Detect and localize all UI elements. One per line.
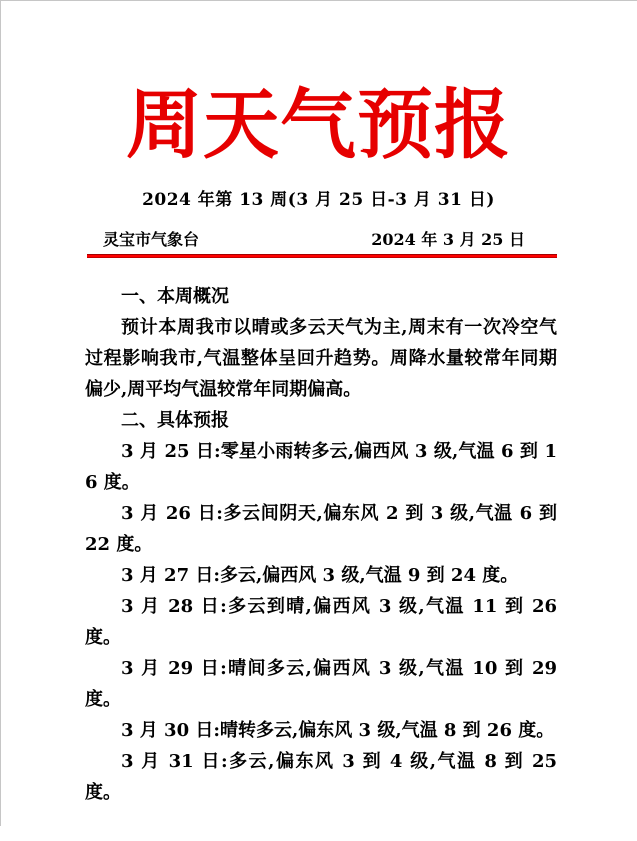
- issue-date: 2024 年 3 月 25 日: [371, 227, 525, 250]
- forecast-line-mar29: 3 月 29 日:晴间多云,偏西风 3 级,气温 10 到 29 度。: [85, 653, 557, 715]
- forecast-line-mar31: 3 月 31 日:多云,偏东风 3 到 4 级,气温 8 到 25 度。: [85, 746, 557, 808]
- forecast-line-mar27: 3 月 27 日:多云,偏西风 3 级,气温 9 到 24 度。: [85, 560, 557, 591]
- issuer-name: 灵宝市气象台: [103, 227, 199, 250]
- document-page: 周天气预报 2024 年第 13 周(3 月 25 日-3 月 31 日) 灵宝…: [0, 0, 637, 841]
- forecast-line-mar25: 3 月 25 日:零星小雨转多云,偏西风 3 级,气温 6 到 16 度。: [85, 436, 557, 498]
- masthead: 灵宝市气象台 2024 年 3 月 25 日: [87, 227, 557, 258]
- forecast-line-mar26: 3 月 26 日:多云间阴天,偏东风 2 到 3 级,气温 6 到 22 度。: [85, 498, 557, 560]
- forecast-line-mar30: 3 月 30 日:晴转多云,偏东风 3 级,气温 8 到 26 度。: [85, 715, 557, 746]
- issuer-row: 灵宝市气象台 2024 年 3 月 25 日: [87, 227, 557, 254]
- overview-paragraph: 预计本周我市以晴或多云天气为主,周末有一次冷空气过程影响我市,气温整体呈回升趋势…: [85, 312, 557, 405]
- section-heading-overview: 一、本周概况: [85, 281, 557, 312]
- forecast-line-mar28: 3 月 28 日:多云到晴,偏西风 3 级,气温 11 到 26 度。: [85, 591, 557, 653]
- red-divider: [87, 254, 557, 258]
- document-title: 周天气预报: [0, 82, 637, 167]
- document-body: 一、本周概况 预计本周我市以晴或多云天气为主,周末有一次冷空气过程影响我市,气温…: [85, 281, 557, 808]
- document-subtitle: 2024 年第 13 周(3 月 25 日-3 月 31 日): [0, 185, 637, 210]
- section-heading-forecast: 二、具体预报: [85, 405, 557, 436]
